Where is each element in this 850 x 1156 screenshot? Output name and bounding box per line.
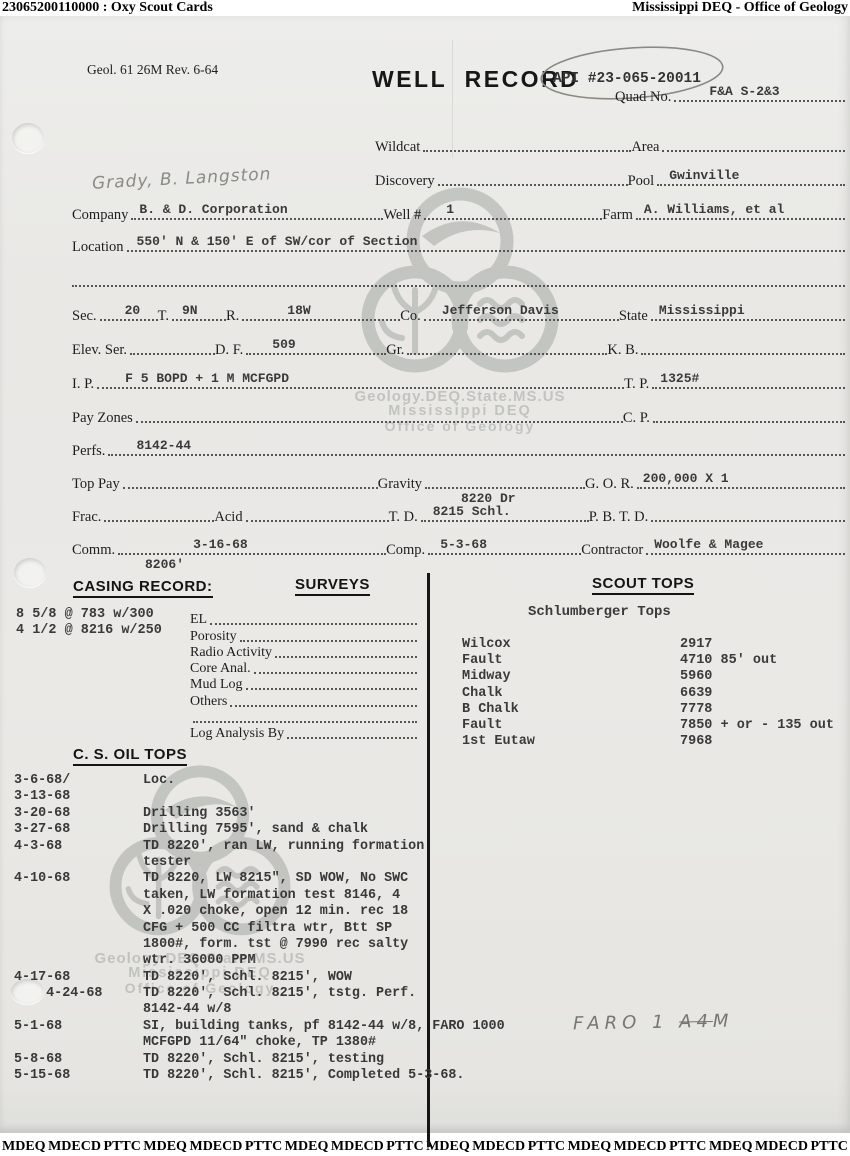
handwritten-name-note: Grady, B. Langston	[92, 164, 272, 193]
field-row-ip-tp: I. P. F 5 BOPD + 1 M MCFGPD T. P. 1325#	[72, 373, 845, 391]
field-label: Company	[72, 208, 131, 223]
casing-record-lines: 8 5/8 @ 783 w/3004 1/2 @ 8216 w/250	[16, 607, 162, 639]
field-line: 509	[246, 348, 386, 355]
field-line: 200,000 X 1	[637, 482, 845, 489]
log-entry-row: 1800#, form. tst @ 7990 rec salty	[14, 937, 844, 953]
field-value: 1325#	[660, 371, 699, 386]
field-label: T. D.	[389, 510, 421, 525]
field-value: Woolfe & Magee	[654, 537, 763, 552]
survey-line	[210, 618, 417, 625]
survey-row: EL	[190, 611, 417, 627]
log-entry-text: TD 8220', Schl. 8215', testing	[143, 1052, 384, 1068]
log-entry-date	[14, 904, 143, 920]
survey-row: Log Analysis By	[190, 725, 417, 741]
scout-top-row: Chalk 6639	[462, 686, 845, 702]
field-value: 5-3-68	[440, 537, 487, 552]
log-entry-text: CFG + 500 CC filtra wtr, Btt SP	[143, 921, 392, 937]
formation-name: Fault	[462, 653, 503, 668]
survey-row: Radio Activity	[190, 644, 417, 660]
footer-word: PTTC	[528, 1138, 565, 1156]
field-line: 18W	[242, 314, 400, 321]
field-label: Elev. Ser.	[72, 343, 130, 358]
log-entry-row: 5-8-68 TD 8220', Schl. 8215', testing	[14, 1052, 844, 1068]
log-entry-row: 3-20-68 Drilling 3563'	[14, 806, 844, 822]
log-entry-date	[14, 921, 143, 937]
casing-line: 4 1/2 @ 8216 w/250	[16, 623, 162, 639]
field-label: Comm.	[72, 543, 118, 558]
field-label: R.	[226, 309, 242, 324]
field-label: T.	[158, 309, 172, 324]
field-label: State	[619, 309, 651, 324]
log-entry-row: CFG + 500 CC filtra wtr, Btt SP	[14, 921, 844, 937]
formation-name: Midway	[462, 669, 511, 684]
formation-name: Wilcox	[462, 637, 511, 652]
log-entry-row: 3-13-68	[14, 789, 844, 805]
field-line	[423, 145, 631, 152]
log-entry-row: X .020 choke, open 12 min. rec 18	[14, 904, 844, 920]
log-entry-text: TD 8220', ran LW, running formation	[143, 839, 424, 855]
field-line: 9N	[172, 314, 226, 321]
footer-word: MDEQ	[709, 1138, 753, 1156]
log-entry-date: 5-15-68	[14, 1068, 143, 1084]
field-label: Comp.	[386, 543, 428, 558]
field-value: Jefferson Davis	[442, 303, 559, 318]
scout-top-row: B Chalk 7778	[462, 702, 845, 718]
footer-word: MDEQ	[285, 1138, 329, 1156]
log-entry-text: Drilling 7595', sand & chalk	[143, 822, 368, 838]
field-line	[641, 348, 845, 355]
footer-word: MDECD	[472, 1138, 525, 1156]
formation-depth: 2917	[680, 637, 712, 652]
field-quad: Quad No. F&A S-2&3	[615, 86, 845, 104]
log-entry-text: tester	[143, 855, 191, 871]
footer-word: MDECD	[614, 1138, 667, 1156]
log-entry-text: taken, LW formation test 8146, 4	[143, 888, 400, 904]
survey-label: Radio Activity	[190, 646, 275, 660]
survey-line	[193, 716, 417, 723]
log-entry-row: 5-15-68 TD 8220', Schl. 8215', Completed…	[14, 1068, 844, 1084]
footer-word: MDEQ	[143, 1138, 187, 1156]
field-location-continuation	[72, 271, 845, 289]
field-label: Co.	[400, 309, 424, 324]
oil-tops-log: 3-6-68/ Loc. 3-13-68 3-20-68 Drilling 35…	[14, 773, 844, 1084]
field-label: K. B.	[607, 343, 641, 358]
field-row-payzones-cp: Pay Zones C. P.	[72, 407, 845, 425]
field-label: P. B. T. D.	[589, 510, 652, 525]
page: { "browser_header": { "left": "230652001…	[0, 0, 850, 1156]
log-entry-row: 4-3-68 TD 8220', ran LW, running formati…	[14, 839, 844, 855]
field-row-comm-comp-contractor: Comm. 3-16-68 Comp. 5-3-68 Contractor Wo…	[72, 539, 845, 557]
field-line: A. Williams, et al	[636, 213, 845, 220]
field-row-section: Sec. 20 T. 9N R. 18W Co. Jefferson Davis…	[72, 305, 845, 323]
log-entry-date: 5-8-68	[14, 1052, 143, 1068]
scout-tops-header: SCOUT TOPS	[592, 575, 694, 595]
field-label: Gravity	[378, 477, 425, 492]
api-number: API #23-065-20011	[553, 71, 701, 87]
field-line: 8215 Schl.	[421, 515, 589, 522]
comm-note-below: 8206'	[145, 557, 184, 572]
formation-depth: 7778	[680, 702, 712, 717]
field-value: 550' N & 150' E of SW/cor of Section	[137, 234, 418, 249]
survey-row: Porosity	[190, 627, 417, 643]
field-line: F&A S-2&3	[674, 95, 845, 102]
log-entry-date: 4-17-68	[14, 970, 143, 986]
field-label: Acid	[214, 510, 245, 525]
footer-bar: MDEQMDECDPTTCMDEQMDECDPTTCMDEQMDECDPTTCM…	[0, 1138, 850, 1156]
field-line	[246, 515, 389, 522]
log-entry-row: 3-27-68 Drilling 7595', sand & chalk	[14, 822, 844, 838]
field-line	[72, 280, 845, 287]
field-label: Top Pay	[72, 477, 123, 492]
field-value: 9N	[182, 303, 198, 318]
field-row-toppay-gravity-gor: Top Pay Gravity G. O. R. 200,000 X 1	[72, 473, 845, 491]
field-line: 550' N & 150' E of SW/cor of Section	[127, 245, 845, 252]
field-label: I. P.	[72, 377, 97, 392]
field-line	[104, 515, 214, 522]
field-line: Mississippi	[651, 314, 845, 321]
log-entry-date: 3-20-68	[14, 806, 143, 822]
log-entry-text: MCFGPD 11/64" choke, TP 1380#	[143, 1035, 376, 1051]
log-entry-date	[14, 937, 143, 953]
field-value: 8215 Schl.	[433, 504, 511, 519]
field-row-elevation: Elev. Ser. D. F. 509 Gr. K. B.	[72, 339, 845, 357]
formation-depth: 4710 85' out	[680, 653, 777, 668]
field-label: Quad No.	[615, 90, 674, 105]
log-entry-text: X .020 choke, open 12 min. rec 18	[143, 904, 408, 920]
field-label: Farm	[602, 208, 636, 223]
log-entry-date: 3-27-68	[14, 822, 143, 838]
log-entry-date: 3-6-68/	[14, 773, 143, 789]
survey-line	[287, 732, 417, 739]
field-value: Mississippi	[659, 303, 745, 318]
formation-depth: 7850 + or - 135 out	[680, 718, 834, 733]
footer-word: PTTC	[386, 1138, 423, 1156]
field-value: B. & D. Corporation	[139, 202, 287, 217]
field-line: Jefferson Davis	[424, 314, 619, 321]
field-perfs: Perfs. 8142-44	[72, 440, 845, 458]
log-entry-text: SI, building tanks, pf 8142-44 w/8, FARO…	[143, 1019, 505, 1035]
field-row-frac-td: Frac. Acid T. D. 8215 Schl. P. B. T. D.	[72, 506, 845, 524]
log-entry-date: 5-1-68	[14, 1019, 143, 1035]
log-entry-text: TD 8220, LW 8215", SD WOW, No SWC	[143, 871, 408, 887]
footer-word: PTTC	[669, 1138, 706, 1156]
field-label: D. F.	[215, 343, 246, 358]
log-entry-row: 4-10-68 TD 8220, LW 8215", SD WOW, No SW…	[14, 871, 844, 887]
field-line	[136, 416, 623, 423]
survey-row	[190, 709, 417, 725]
viewer-header-bar: 23065200110000 : Oxy Scout Cards Mississ…	[0, 0, 850, 16]
survey-label: Others	[190, 695, 230, 709]
log-entry-date	[14, 953, 143, 969]
field-label: C. P.	[623, 411, 653, 426]
field-line: 1	[424, 213, 602, 220]
field-label: Pool	[628, 174, 658, 189]
field-value: 200,000 X 1	[643, 471, 729, 486]
survey-label: Core Anal.	[190, 662, 254, 676]
log-entry-row: 4-24-68 TD 8220', Schl. 8215', tstg. Per…	[14, 986, 844, 1002]
field-label: G. O. R.	[585, 477, 637, 492]
log-entry-date: 3-13-68	[14, 789, 143, 805]
field-value: 20	[125, 303, 141, 318]
field-value: F 5 BOPD + 1 M MCFGPD	[125, 371, 289, 386]
field-label: Discovery	[375, 174, 438, 189]
scout-tops-table: Wilcox 2917 Fault 4710 85' out Midway 59…	[462, 637, 845, 750]
log-entry-row: tester	[14, 855, 844, 871]
footer-word: MDECD	[755, 1138, 808, 1156]
log-entry-date: 4-24-68	[14, 986, 143, 1002]
log-entry-text: TD 8220', Schl. 8215', Completed 5-3-68.	[143, 1068, 464, 1084]
field-line: 8142-44	[108, 449, 845, 456]
log-entry-text: Loc.	[143, 773, 175, 789]
field-label: Perfs.	[72, 444, 108, 459]
faro-note-suffix: M	[713, 1011, 734, 1032]
log-entry-date	[14, 1035, 143, 1051]
field-line: 20	[100, 314, 158, 321]
log-entry-date	[14, 855, 143, 871]
log-entry-row: 3-6-68/ Loc.	[14, 773, 844, 789]
footer-word: PTTC	[104, 1138, 141, 1156]
survey-line	[275, 651, 417, 658]
log-entry-date	[14, 888, 143, 904]
field-line: 3-16-68	[118, 548, 386, 555]
field-value: F&A S-2&3	[709, 84, 779, 99]
survey-row: Others	[190, 692, 417, 708]
field-value: Gwinville	[669, 168, 739, 183]
log-entry-date	[14, 1002, 143, 1018]
survey-line	[246, 683, 418, 690]
watermark-url: Geology.DEQ.State.MS.US	[352, 389, 568, 404]
scout-tops-subtitle: Schlumberger Tops	[528, 604, 671, 620]
field-line	[651, 515, 845, 522]
survey-label: EL	[190, 613, 210, 627]
field-label: Contractor	[581, 543, 646, 558]
field-value: 8142-44	[136, 438, 191, 453]
field-line: B. & D. Corporation	[131, 213, 383, 220]
footer-word: MDECD	[189, 1138, 242, 1156]
field-value: 3-16-68	[193, 537, 248, 552]
log-entry-text: 1800#, form. tst @ 7990 rec salty	[143, 937, 408, 953]
log-entry-text: TD 8220', Schl. 8215', WOW	[143, 970, 352, 986]
formation-depth: 7968	[680, 734, 712, 749]
field-line: F 5 BOPD + 1 M MCFGPD	[97, 382, 624, 389]
formation-name: B Chalk	[462, 702, 519, 717]
field-label: Gr.	[386, 343, 407, 358]
scout-top-row: 1st Eutaw 7968	[462, 734, 845, 750]
document-id: 23065200110000 : Oxy Scout Cards	[2, 0, 213, 15]
field-line: Gwinville	[657, 179, 845, 186]
log-entry-text: Drilling 3563'	[143, 806, 256, 822]
survey-row: Core Anal.	[190, 660, 417, 676]
footer-word: MDECD	[48, 1138, 101, 1156]
field-line	[407, 348, 607, 355]
log-entry-date: 4-10-68	[14, 871, 143, 887]
log-entry-date: 4-3-68	[14, 839, 143, 855]
field-label: Pay Zones	[72, 411, 136, 426]
casing-line: 8 5/8 @ 783 w/300	[16, 607, 162, 623]
field-value: 1	[446, 202, 454, 217]
field-line: 5-3-68	[428, 548, 581, 555]
field-line	[123, 482, 378, 489]
field-line	[438, 179, 628, 186]
formation-name: 1st Eutaw	[462, 734, 535, 749]
footer-word: MDEQ	[426, 1138, 470, 1156]
survey-label: Mud Log	[190, 678, 246, 692]
scout-top-row: Fault 4710 85' out	[462, 653, 845, 669]
field-label: Well #	[383, 208, 424, 223]
survey-row: Mud Log	[190, 676, 417, 692]
scout-top-row: Fault 7850 + or - 135 out	[462, 718, 845, 734]
field-row-discovery-pool: Discovery Pool Gwinville	[375, 170, 845, 188]
footer-word: MDEQ	[568, 1138, 612, 1156]
faro-note-struck: A4	[679, 1011, 713, 1033]
field-line: 1325#	[652, 382, 845, 389]
field-location: Location 550' N & 150' E of SW/cor of Se…	[72, 236, 845, 254]
survey-label: Log Analysis By	[190, 727, 287, 741]
field-value: 18W	[287, 303, 310, 318]
field-row-wildcat-area: Wildcat Area	[375, 136, 845, 154]
log-entry-text: wtr. 36000 PPM	[143, 953, 256, 969]
formation-depth: 5960	[680, 669, 712, 684]
survey-line	[230, 700, 417, 707]
field-line	[130, 348, 215, 355]
field-label: Sec.	[72, 309, 100, 324]
footer-word: MDECD	[331, 1138, 384, 1156]
field-line: Woolfe & Magee	[646, 548, 845, 555]
survey-label: Porosity	[190, 630, 240, 644]
field-value: A. Williams, et al	[644, 202, 784, 217]
formation-name: Fault	[462, 718, 503, 733]
field-row-company-well-farm: Company B. & D. Corporation Well # 1 Far…	[72, 204, 845, 222]
scanned-well-record: Geology.DEQ.State.MS.US Mississippi DEQ …	[0, 16, 850, 1133]
field-label: Wildcat	[375, 140, 423, 155]
log-entry-row: wtr. 36000 PPM	[14, 953, 844, 969]
field-line	[662, 145, 845, 152]
cs-oil-tops-header: C. S. OIL TOPS	[73, 746, 187, 766]
field-label: Frac.	[72, 510, 104, 525]
log-entry-text: 8142-44 w/8	[143, 1002, 231, 1018]
surveys-header: SURVEYS	[295, 576, 370, 596]
log-entry-text: TD 8220', Schl. 8215', tstg. Perf.	[143, 986, 416, 1002]
form-revision-note: Geol. 61 26M Rev. 6-64	[87, 62, 218, 78]
punch-hole	[12, 123, 44, 153]
punch-hole	[14, 558, 46, 587]
field-label: Location	[72, 240, 127, 255]
casing-record-header: CASING RECORD:	[73, 578, 213, 598]
survey-line	[254, 667, 417, 674]
footer-word: MDEQ	[2, 1138, 46, 1156]
formation-depth: 6639	[680, 686, 712, 701]
field-line	[425, 482, 585, 489]
agency-title: Mississippi DEQ - Office of Geology	[632, 0, 848, 15]
log-entry-row: MCFGPD 11/64" choke, TP 1380#	[14, 1035, 844, 1051]
log-entry-row: taken, LW formation test 8146, 4	[14, 888, 844, 904]
surveys-list: EL Porosity Radio Activity Core Anal.	[190, 611, 417, 741]
scout-top-row: Wilcox 2917	[462, 637, 845, 653]
scout-top-row: Midway 5960	[462, 669, 845, 685]
field-label: T. P.	[624, 377, 652, 392]
handwritten-faro-note: FARO 1 A4M	[573, 1011, 734, 1035]
field-label: Area	[631, 140, 662, 155]
footer-word: PTTC	[810, 1138, 847, 1156]
footer-word: PTTC	[245, 1138, 282, 1156]
log-entry-row: 4-17-68 TD 8220', Schl. 8215', WOW	[14, 970, 844, 986]
survey-line	[240, 635, 417, 642]
field-line	[653, 416, 845, 423]
formation-name: Chalk	[462, 686, 503, 701]
faro-note-prefix: FARO 1	[573, 1012, 680, 1035]
field-value: 509	[272, 337, 295, 352]
